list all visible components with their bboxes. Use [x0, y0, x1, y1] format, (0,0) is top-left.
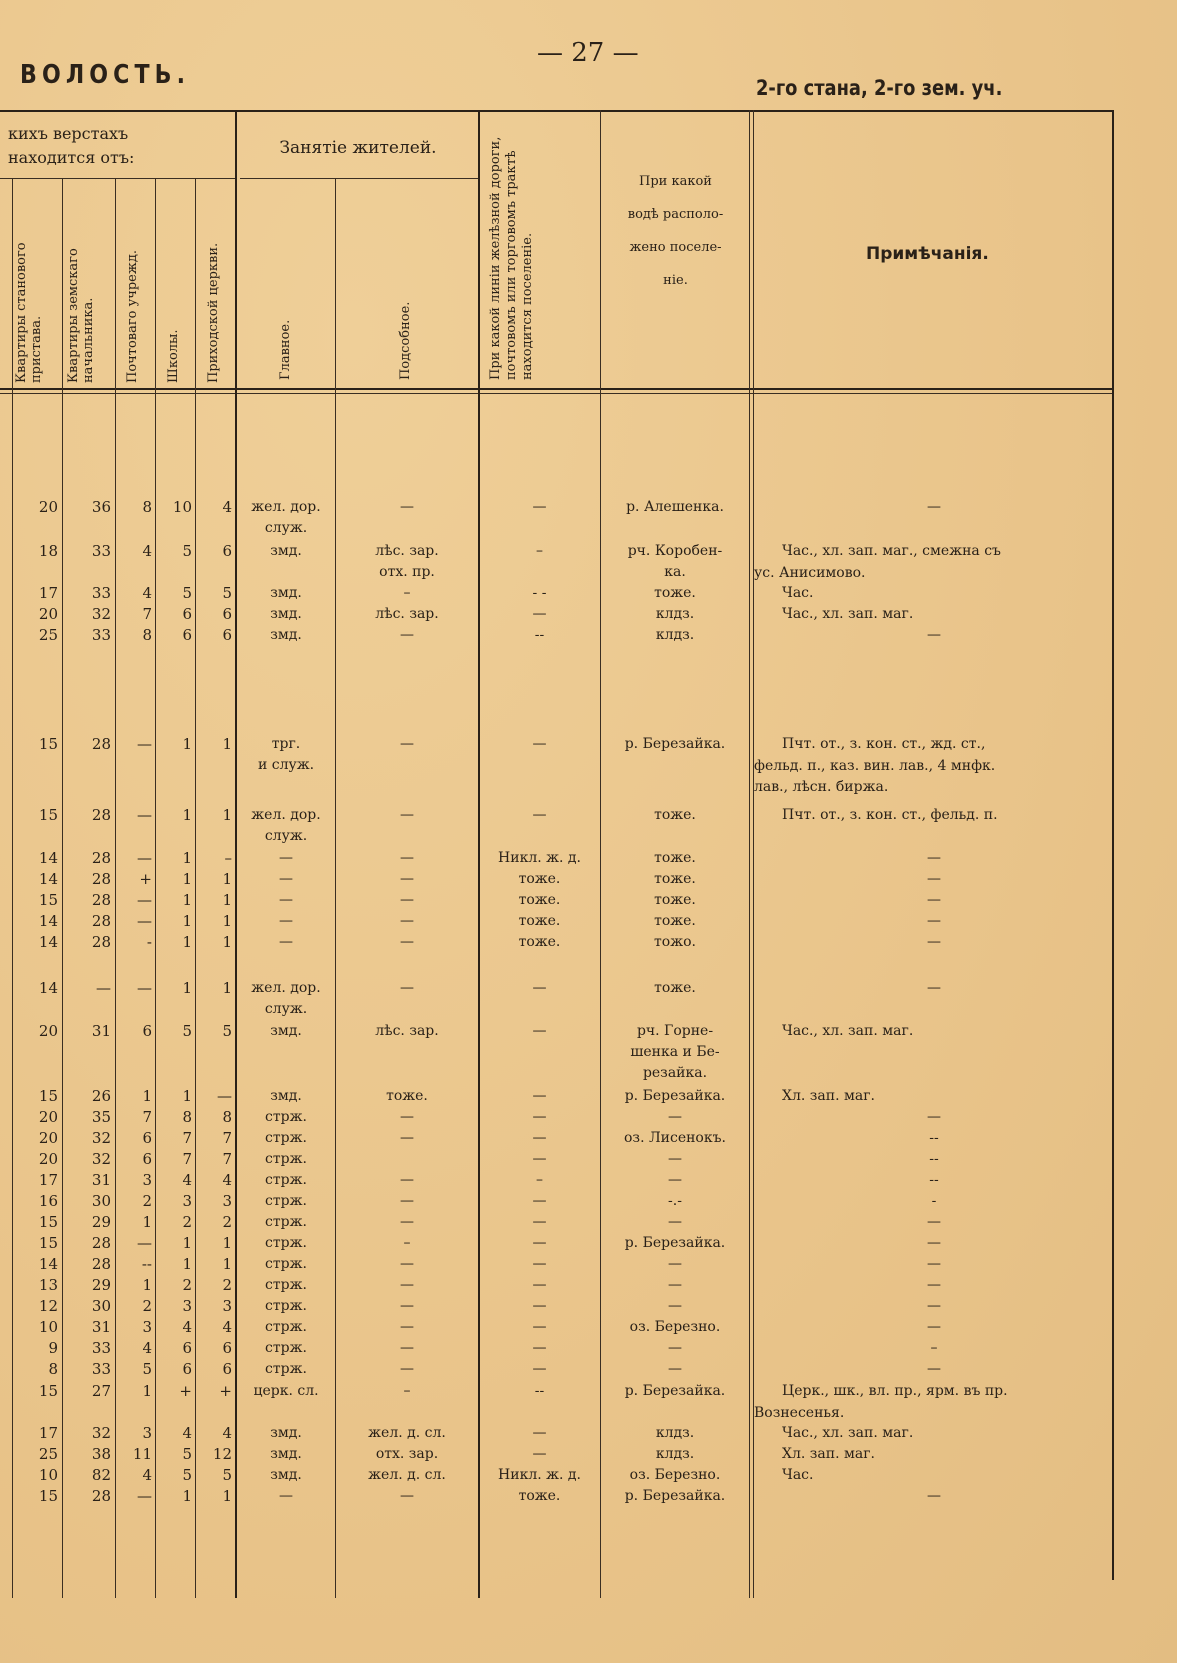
cell-stanovoy: 25	[14, 625, 58, 645]
header-occupation-group: Занятіе жителей.	[238, 136, 478, 160]
cell-school: 4	[156, 1317, 192, 1337]
header-distance-group: кихъ верстахъ находится отъ:	[8, 122, 233, 170]
cell-notes: Хл. зап. маг.	[754, 1086, 1114, 1108]
cell-church: 3	[196, 1296, 232, 1316]
cell-aux: —	[336, 1170, 478, 1190]
cell-road: —	[479, 1107, 600, 1127]
cell-aux: –	[336, 583, 478, 603]
cell-main: служ.	[237, 999, 335, 1019]
cell-church: 7	[196, 1128, 232, 1148]
cell-water: тоже.	[601, 978, 749, 998]
cell-aux: —	[336, 1128, 478, 1148]
cell-church: 4	[196, 497, 232, 517]
cell-zemsky: 35	[63, 1107, 111, 1127]
cell-notes: ус. Анисимово.	[754, 563, 1114, 585]
cell-school: 7	[156, 1128, 192, 1148]
cell-postal: 5	[116, 1359, 152, 1379]
cell-road: —	[479, 1338, 600, 1358]
cell-road: –	[479, 1170, 600, 1190]
cell-notes: —	[754, 1486, 1114, 1508]
cell-notes: --	[754, 1149, 1114, 1171]
cell-school: 3	[156, 1296, 192, 1316]
cell-zemsky: 33	[63, 541, 111, 561]
cell-stanovoy: 14	[14, 869, 58, 889]
cell-school: 10	[156, 497, 192, 517]
cell-road: —	[479, 1149, 600, 1169]
header-water-line: ніе.	[602, 264, 749, 297]
cell-water: тожо.	[601, 932, 749, 952]
cell-postal: —	[116, 1486, 152, 1506]
cell-school: +	[156, 1381, 192, 1401]
cell-school: 3	[156, 1191, 192, 1211]
cell-school: 1	[156, 911, 192, 931]
cell-stanovoy: 14	[14, 932, 58, 952]
cell-zemsky: 28	[63, 1486, 111, 1506]
cell-stanovoy: 20	[14, 1107, 58, 1127]
cell-stanovoy: 10	[14, 1465, 58, 1485]
cell-school: 1	[156, 1254, 192, 1274]
cell-notes: Час., хл. зап. маг.	[754, 1423, 1114, 1445]
cell-water: —	[601, 1170, 749, 1190]
cell-school: 2	[156, 1275, 192, 1295]
cell-road: —	[479, 1191, 600, 1211]
cell-school: 6	[156, 1359, 192, 1379]
cell-zemsky: 33	[63, 1338, 111, 1358]
cell-stanovoy: 20	[14, 604, 58, 624]
cell-church: 6	[196, 1359, 232, 1379]
cell-aux: отх. пр.	[336, 562, 478, 582]
cell-stanovoy: 15	[14, 1381, 58, 1401]
cell-road: —	[479, 1233, 600, 1253]
cell-water: —	[601, 1359, 749, 1379]
header-bottom-rule	[0, 388, 1112, 390]
cell-church: 1	[196, 932, 232, 952]
cell-church: 5	[196, 1465, 232, 1485]
cell-road: тоже.	[479, 890, 600, 910]
cell-main: жел. дор.	[237, 805, 335, 825]
cell-water: тоже.	[601, 583, 749, 603]
cell-water: —	[601, 1338, 749, 1358]
cell-postal: 4	[116, 1338, 152, 1358]
cell-main: жел. дор.	[237, 497, 335, 517]
cell-church: 6	[196, 541, 232, 561]
cell-zemsky: 28	[63, 911, 111, 931]
cell-postal: --	[116, 1254, 152, 1274]
cell-stanovoy: 17	[14, 583, 58, 603]
cell-main: стрж.	[237, 1191, 335, 1211]
cell-road: —	[479, 805, 600, 825]
cell-aux: жел. д. сл.	[336, 1465, 478, 1485]
cell-notes: —	[754, 1233, 1114, 1255]
cell-main: стрж.	[237, 1233, 335, 1253]
cell-road: —	[479, 1423, 600, 1443]
cell-water: тоже.	[601, 805, 749, 825]
cell-water: оз. Березно.	[601, 1465, 749, 1485]
header-notes: Примѣчанія.	[866, 244, 989, 264]
cell-postal: —	[116, 805, 152, 825]
cell-church: 8	[196, 1107, 232, 1127]
cell-aux: —	[336, 932, 478, 952]
cell-church: 6	[196, 625, 232, 645]
cell-aux: —	[336, 805, 478, 825]
cell-road: - -	[479, 583, 600, 603]
cell-church: 3	[196, 1191, 232, 1211]
cell-road: —	[479, 734, 600, 754]
cell-stanovoy: 17	[14, 1170, 58, 1190]
header-aux-occupation: Подсобное.	[398, 270, 413, 380]
cell-notes: —	[754, 1317, 1114, 1339]
cell-zemsky: 28	[63, 805, 111, 825]
cell-church: 5	[196, 583, 232, 603]
cell-postal: 7	[116, 1107, 152, 1127]
group-header-rule-left	[0, 178, 235, 179]
cell-water: р. Березайка.	[601, 1486, 749, 1506]
cell-notes: —	[754, 911, 1114, 933]
cell-postal: —	[116, 1233, 152, 1253]
cell-notes: Церк., шк., вл. пр., ярм. въ пр.	[754, 1381, 1114, 1403]
cell-main: и служ.	[237, 755, 335, 775]
cell-zemsky: 33	[63, 1359, 111, 1379]
cell-notes: Час., хл. зап. маг.	[754, 604, 1114, 626]
cell-stanovoy: 18	[14, 541, 58, 561]
district-subtitle: 2-го стана, 2-го зем. уч.	[756, 76, 1002, 100]
cell-road: тоже.	[479, 932, 600, 952]
cell-zemsky: 32	[63, 1149, 111, 1169]
cell-school: 5	[156, 1021, 192, 1041]
cell-aux: —	[336, 1275, 478, 1295]
cell-notes: —	[754, 848, 1114, 870]
cell-notes: —	[754, 1212, 1114, 1234]
cell-notes: --	[754, 1170, 1114, 1192]
cell-postal: 6	[116, 1128, 152, 1148]
cell-postal: —	[116, 734, 152, 754]
cell-road: —	[479, 1444, 600, 1464]
header-water-line: водѣ располо-	[602, 198, 749, 231]
cell-water: рч. Горне-	[601, 1021, 749, 1041]
cell-main: стрж.	[237, 1359, 335, 1379]
cell-stanovoy: 16	[14, 1191, 58, 1211]
cell-aux: —	[336, 1359, 478, 1379]
cell-stanovoy: 15	[14, 1212, 58, 1232]
cell-zemsky: 26	[63, 1086, 111, 1106]
cell-church: 4	[196, 1423, 232, 1443]
table-top-rule	[0, 110, 1112, 112]
cell-main: змд.	[237, 1423, 335, 1443]
cell-notes: Час.	[754, 1465, 1114, 1487]
cell-road: --	[479, 625, 600, 645]
cell-water: —	[601, 1107, 749, 1127]
cell-aux: лѣс. зар.	[336, 541, 478, 561]
cell-postal: -	[116, 932, 152, 952]
cell-zemsky: —	[63, 978, 111, 998]
cell-stanovoy: 8	[14, 1359, 58, 1379]
cell-water: тоже.	[601, 869, 749, 889]
cell-water: оз. Лисенокъ.	[601, 1128, 749, 1148]
cell-water: тоже.	[601, 848, 749, 868]
cell-notes: —	[754, 978, 1114, 1000]
cell-notes: Хл. зап. маг.	[754, 1444, 1114, 1466]
cell-notes: -	[754, 1191, 1114, 1213]
cell-notes: —	[754, 625, 1114, 647]
cell-aux: –	[336, 1381, 478, 1401]
cell-postal: 8	[116, 625, 152, 645]
cell-water: —	[601, 1254, 749, 1274]
cell-water: р. Алешенка.	[601, 497, 749, 517]
cell-notes: —	[754, 1275, 1114, 1297]
cell-church: –	[196, 848, 232, 868]
cell-notes: фельд. п., каз. вин. лав., 4 мнфк.	[754, 756, 1114, 778]
cell-zemsky: 28	[63, 1233, 111, 1253]
cell-stanovoy: 13	[14, 1275, 58, 1295]
cell-stanovoy: 14	[14, 848, 58, 868]
cell-main: змд.	[237, 1021, 335, 1041]
cell-notes: —	[754, 497, 1114, 519]
cell-zemsky: 30	[63, 1191, 111, 1211]
header-water-line: При какой	[602, 165, 749, 198]
cell-road: —	[479, 978, 600, 998]
cell-main: церк. сл.	[237, 1381, 335, 1401]
cell-school: 1	[156, 978, 192, 998]
cell-stanovoy: 9	[14, 1338, 58, 1358]
cell-school: 5	[156, 583, 192, 603]
cell-road: —	[479, 1128, 600, 1148]
cell-stanovoy: 20	[14, 1128, 58, 1148]
cell-zemsky: 29	[63, 1212, 111, 1232]
cell-stanovoy: 14	[14, 911, 58, 931]
cell-church: 1	[196, 1486, 232, 1506]
cell-notes: Час.	[754, 583, 1114, 605]
cell-postal: 6	[116, 1021, 152, 1041]
cell-aux: лѣс. зар.	[336, 1021, 478, 1041]
cell-school: 1	[156, 1233, 192, 1253]
cell-aux: —	[336, 911, 478, 931]
header-road: При какой линіи желѣзной дороги, почтово…	[488, 118, 596, 380]
cell-zemsky: 32	[63, 1128, 111, 1148]
cell-water: -.-	[601, 1191, 749, 1211]
cell-road: —	[479, 1296, 600, 1316]
cell-water: оз. Березно.	[601, 1317, 749, 1337]
cell-postal: —	[116, 911, 152, 931]
page-number: — 27 —	[537, 38, 639, 68]
cell-notes: —	[754, 1296, 1114, 1318]
cell-church: 1	[196, 911, 232, 931]
cell-main: —	[237, 1486, 335, 1506]
cell-main: стрж.	[237, 1296, 335, 1316]
cell-aux: —	[336, 1338, 478, 1358]
cell-school: 6	[156, 604, 192, 624]
cell-notes: —	[754, 890, 1114, 912]
cell-main: змд.	[237, 583, 335, 603]
cell-water: тоже.	[601, 911, 749, 931]
header-postal: Почтоваго учрежд.	[125, 185, 140, 383]
cell-main: жел. дор.	[237, 978, 335, 998]
cell-postal: 11	[116, 1444, 152, 1464]
cell-stanovoy: 15	[14, 1086, 58, 1106]
cell-main: змд.	[237, 1465, 335, 1485]
cell-main: служ.	[237, 518, 335, 538]
cell-stanovoy: 17	[14, 1423, 58, 1443]
cell-church: 5	[196, 1021, 232, 1041]
cell-aux: лѣс. зар.	[336, 604, 478, 624]
cell-water: р. Березайка.	[601, 1086, 749, 1106]
col-rule	[12, 178, 13, 1598]
cell-postal: 6	[116, 1149, 152, 1169]
cell-main: стрж.	[237, 1338, 335, 1358]
cell-school: 1	[156, 890, 192, 910]
cell-water: р. Березайка.	[601, 1381, 749, 1401]
cell-main: —	[237, 848, 335, 868]
cell-zemsky: 28	[63, 932, 111, 952]
cell-aux: —	[336, 1317, 478, 1337]
cell-church: —	[196, 1086, 232, 1106]
cell-road: Никл. ж. д.	[479, 848, 600, 868]
cell-zemsky: 31	[63, 1170, 111, 1190]
header-water-line: жено поселе-	[602, 231, 749, 264]
cell-postal: 7	[116, 604, 152, 624]
cell-main: трг.	[237, 734, 335, 754]
cell-stanovoy: 15	[14, 805, 58, 825]
cell-main: змд.	[237, 604, 335, 624]
cell-road: --	[479, 1381, 600, 1401]
cell-road: тоже.	[479, 911, 600, 931]
cell-school: 1	[156, 848, 192, 868]
cell-stanovoy: 15	[14, 734, 58, 754]
page-title: ВОЛОСТЬ.	[20, 60, 190, 90]
cell-aux: —	[336, 978, 478, 998]
cell-church: 2	[196, 1212, 232, 1232]
cell-postal: —	[116, 848, 152, 868]
cell-school: 4	[156, 1170, 192, 1190]
cell-zemsky: 28	[63, 890, 111, 910]
cell-aux: —	[336, 1486, 478, 1506]
cell-school: 2	[156, 1212, 192, 1232]
cell-postal: —	[116, 890, 152, 910]
cell-water: ка.	[601, 562, 749, 582]
cell-road: —	[479, 1359, 600, 1379]
cell-church: 4	[196, 1170, 232, 1190]
cell-notes: —	[754, 1254, 1114, 1276]
cell-notes: –	[754, 1338, 1114, 1360]
cell-main: змд.	[237, 1086, 335, 1106]
cell-aux: —	[336, 625, 478, 645]
cell-aux: тоже.	[336, 1086, 478, 1106]
cell-postal: 1	[116, 1275, 152, 1295]
cell-stanovoy: 20	[14, 1149, 58, 1169]
header-stanovoy: Квартиры станового пристава.	[14, 185, 62, 383]
cell-main: —	[237, 890, 335, 910]
cell-main: стрж.	[237, 1317, 335, 1337]
cell-water: резайка.	[601, 1063, 749, 1083]
cell-main: змд.	[237, 1444, 335, 1464]
cell-aux: —	[336, 734, 478, 754]
cell-school: 6	[156, 1338, 192, 1358]
cell-postal: +	[116, 869, 152, 889]
cell-road: —	[479, 1212, 600, 1232]
cell-zemsky: 31	[63, 1317, 111, 1337]
cell-road: —	[479, 1254, 600, 1274]
cell-road: —	[479, 1317, 600, 1337]
cell-postal: 4	[116, 583, 152, 603]
cell-water: —	[601, 1275, 749, 1295]
cell-postal: —	[116, 978, 152, 998]
cell-water: клдз.	[601, 625, 749, 645]
header-distance-line1: кихъ верстахъ	[8, 122, 233, 146]
cell-church: 1	[196, 734, 232, 754]
cell-church: 1	[196, 978, 232, 998]
cell-zemsky: 33	[63, 583, 111, 603]
cell-main: стрж.	[237, 1212, 335, 1232]
cell-road: тоже.	[479, 869, 600, 889]
cell-stanovoy: 15	[14, 1233, 58, 1253]
cell-church: 1	[196, 805, 232, 825]
cell-zemsky: 28	[63, 1254, 111, 1274]
cell-postal: 1	[116, 1086, 152, 1106]
cell-aux: жел. д. сл.	[336, 1423, 478, 1443]
header-school: Школы.	[166, 185, 181, 383]
cell-notes: --	[754, 1128, 1114, 1150]
cell-notes: —	[754, 932, 1114, 954]
cell-main: стрж.	[237, 1254, 335, 1274]
cell-aux: —	[336, 1254, 478, 1274]
cell-aux: отх. зар.	[336, 1444, 478, 1464]
cell-notes: —	[754, 869, 1114, 891]
cell-church: 12	[196, 1444, 232, 1464]
cell-water: тоже.	[601, 890, 749, 910]
cell-aux: —	[336, 890, 478, 910]
cell-stanovoy: 20	[14, 497, 58, 517]
cell-notes: —	[754, 1107, 1114, 1129]
cell-water: —	[601, 1212, 749, 1232]
cell-postal: 3	[116, 1170, 152, 1190]
header-zemsky: Квартиры земскаго начальника.	[66, 185, 112, 383]
cell-road: тоже.	[479, 1486, 600, 1506]
cell-school: 4	[156, 1423, 192, 1443]
cell-stanovoy: 14	[14, 978, 58, 998]
cell-church: +	[196, 1381, 232, 1401]
cell-zemsky: 27	[63, 1381, 111, 1401]
cell-water: р. Березайка.	[601, 734, 749, 754]
cell-postal: 3	[116, 1317, 152, 1337]
cell-school: 1	[156, 734, 192, 754]
cell-school: 7	[156, 1149, 192, 1169]
cell-main: стрж.	[237, 1170, 335, 1190]
cell-stanovoy: 10	[14, 1317, 58, 1337]
cell-stanovoy: 25	[14, 1444, 58, 1464]
cell-postal: 2	[116, 1296, 152, 1316]
cell-notes: Час., хл. зап. маг.	[754, 1021, 1114, 1043]
cell-road: Никл. ж. д.	[479, 1465, 600, 1485]
cell-water: клдз.	[601, 1423, 749, 1443]
cell-stanovoy: 12	[14, 1296, 58, 1316]
cell-church: 7	[196, 1149, 232, 1169]
cell-road: –	[479, 541, 600, 561]
cell-water: клдз.	[601, 604, 749, 624]
cell-school: 1	[156, 1486, 192, 1506]
cell-school: 5	[156, 1444, 192, 1464]
cell-road: —	[479, 1275, 600, 1295]
header-distance-line2: находится отъ:	[8, 146, 233, 170]
cell-water: шенка и Бе-	[601, 1042, 749, 1062]
cell-road: —	[479, 497, 600, 517]
cell-church: 1	[196, 1254, 232, 1274]
col-rule	[749, 110, 750, 1598]
cell-notes: Пчт. от., з. кон. ст., фельд. п.	[754, 805, 1114, 827]
cell-zemsky: 28	[63, 848, 111, 868]
group-header-rule-occupation	[240, 178, 478, 179]
cell-school: 1	[156, 869, 192, 889]
cell-notes: —	[754, 1359, 1114, 1381]
cell-stanovoy: 20	[14, 1021, 58, 1041]
